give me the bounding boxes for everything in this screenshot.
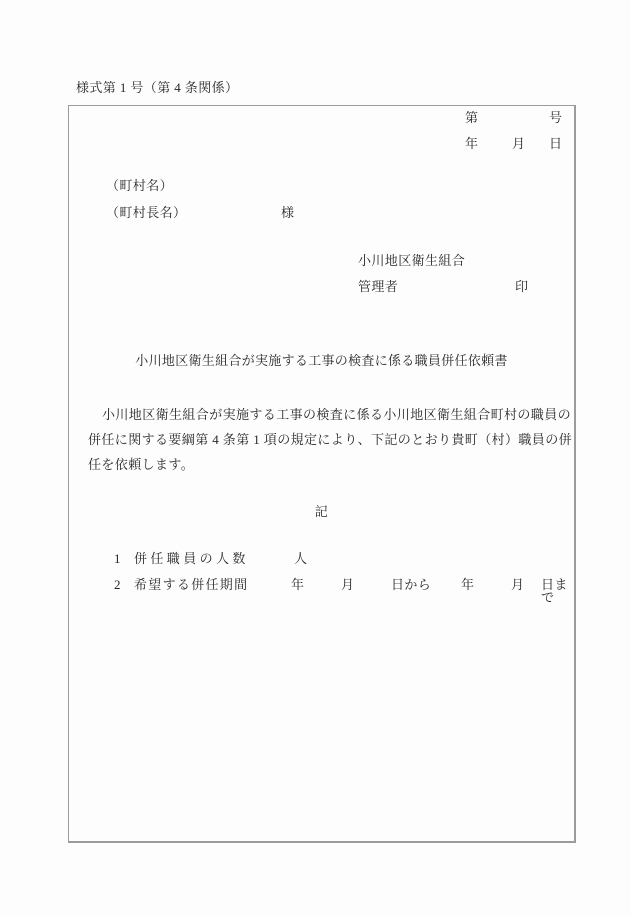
body-line: 任を依頼します。 bbox=[88, 452, 560, 477]
period-start-month-label: 月 bbox=[341, 578, 354, 591]
date-year-label: 年 bbox=[465, 137, 478, 150]
body-line: 併任に関する要綱第 4 条第 1 項の規定により、下記のとおり貴町（村）職員の併 bbox=[88, 427, 560, 452]
item-label: 希望する併任期間 bbox=[134, 578, 248, 591]
item-number: 1 bbox=[114, 552, 121, 565]
form-style-label: 様式第 1 号（第 4 条関係） bbox=[76, 81, 238, 94]
doc-number-suffix: 号 bbox=[549, 111, 562, 124]
sender-organization: 小川地区衛生組合 bbox=[358, 254, 465, 267]
list-item-staff-count: 1 併任職員の人数 人 bbox=[69, 552, 574, 568]
item-number: 2 bbox=[114, 578, 121, 591]
period-end-month-label: 月 bbox=[511, 578, 524, 591]
sender-title: 管理者 bbox=[358, 280, 398, 293]
doc-number-prefix: 第 bbox=[465, 111, 478, 124]
document-page: 様式第 1 号（第 4 条関係） 第 号 年 月 日 （町村名） （町村長名） … bbox=[0, 0, 630, 915]
date-month-label: 月 bbox=[512, 137, 525, 150]
date-day-label: 日 bbox=[549, 137, 562, 150]
item-unit-person: 人 bbox=[294, 552, 307, 565]
list-item-desired-period: 2 希望する併任期間 年 月 日から 年 月 日まで bbox=[69, 578, 574, 594]
item-label: 併任職員の人数 bbox=[134, 552, 249, 565]
body-line: 小川地区衛生組合が実施する工事の検査に係る小川地区衛生組合町村の職員の bbox=[88, 402, 560, 427]
body-paragraph: 小川地区衛生組合が実施する工事の検査に係る小川地区衛生組合町村の職員の 併任に関… bbox=[88, 402, 560, 477]
document-title: 小川地区衛生組合が実施する工事の検査に係る職員併任依頼書 bbox=[69, 354, 574, 367]
period-start-year-label: 年 bbox=[291, 578, 304, 591]
list-heading-ki: 記 bbox=[69, 505, 574, 518]
period-start-day-label: 日から bbox=[391, 578, 431, 591]
addressee-town-name: （町村名） bbox=[106, 179, 173, 192]
document-frame: 第 号 年 月 日 （町村名） （町村長名） 様 小川地区衛生組合 管理者 印 … bbox=[68, 105, 576, 843]
period-end-year-label: 年 bbox=[461, 578, 474, 591]
period-end-day-label: 日まで bbox=[541, 578, 574, 604]
addressee-honorific: 様 bbox=[281, 206, 294, 219]
addressee-mayor-name: （町村長名） bbox=[106, 206, 186, 219]
seal-placeholder: 印 bbox=[515, 280, 528, 293]
